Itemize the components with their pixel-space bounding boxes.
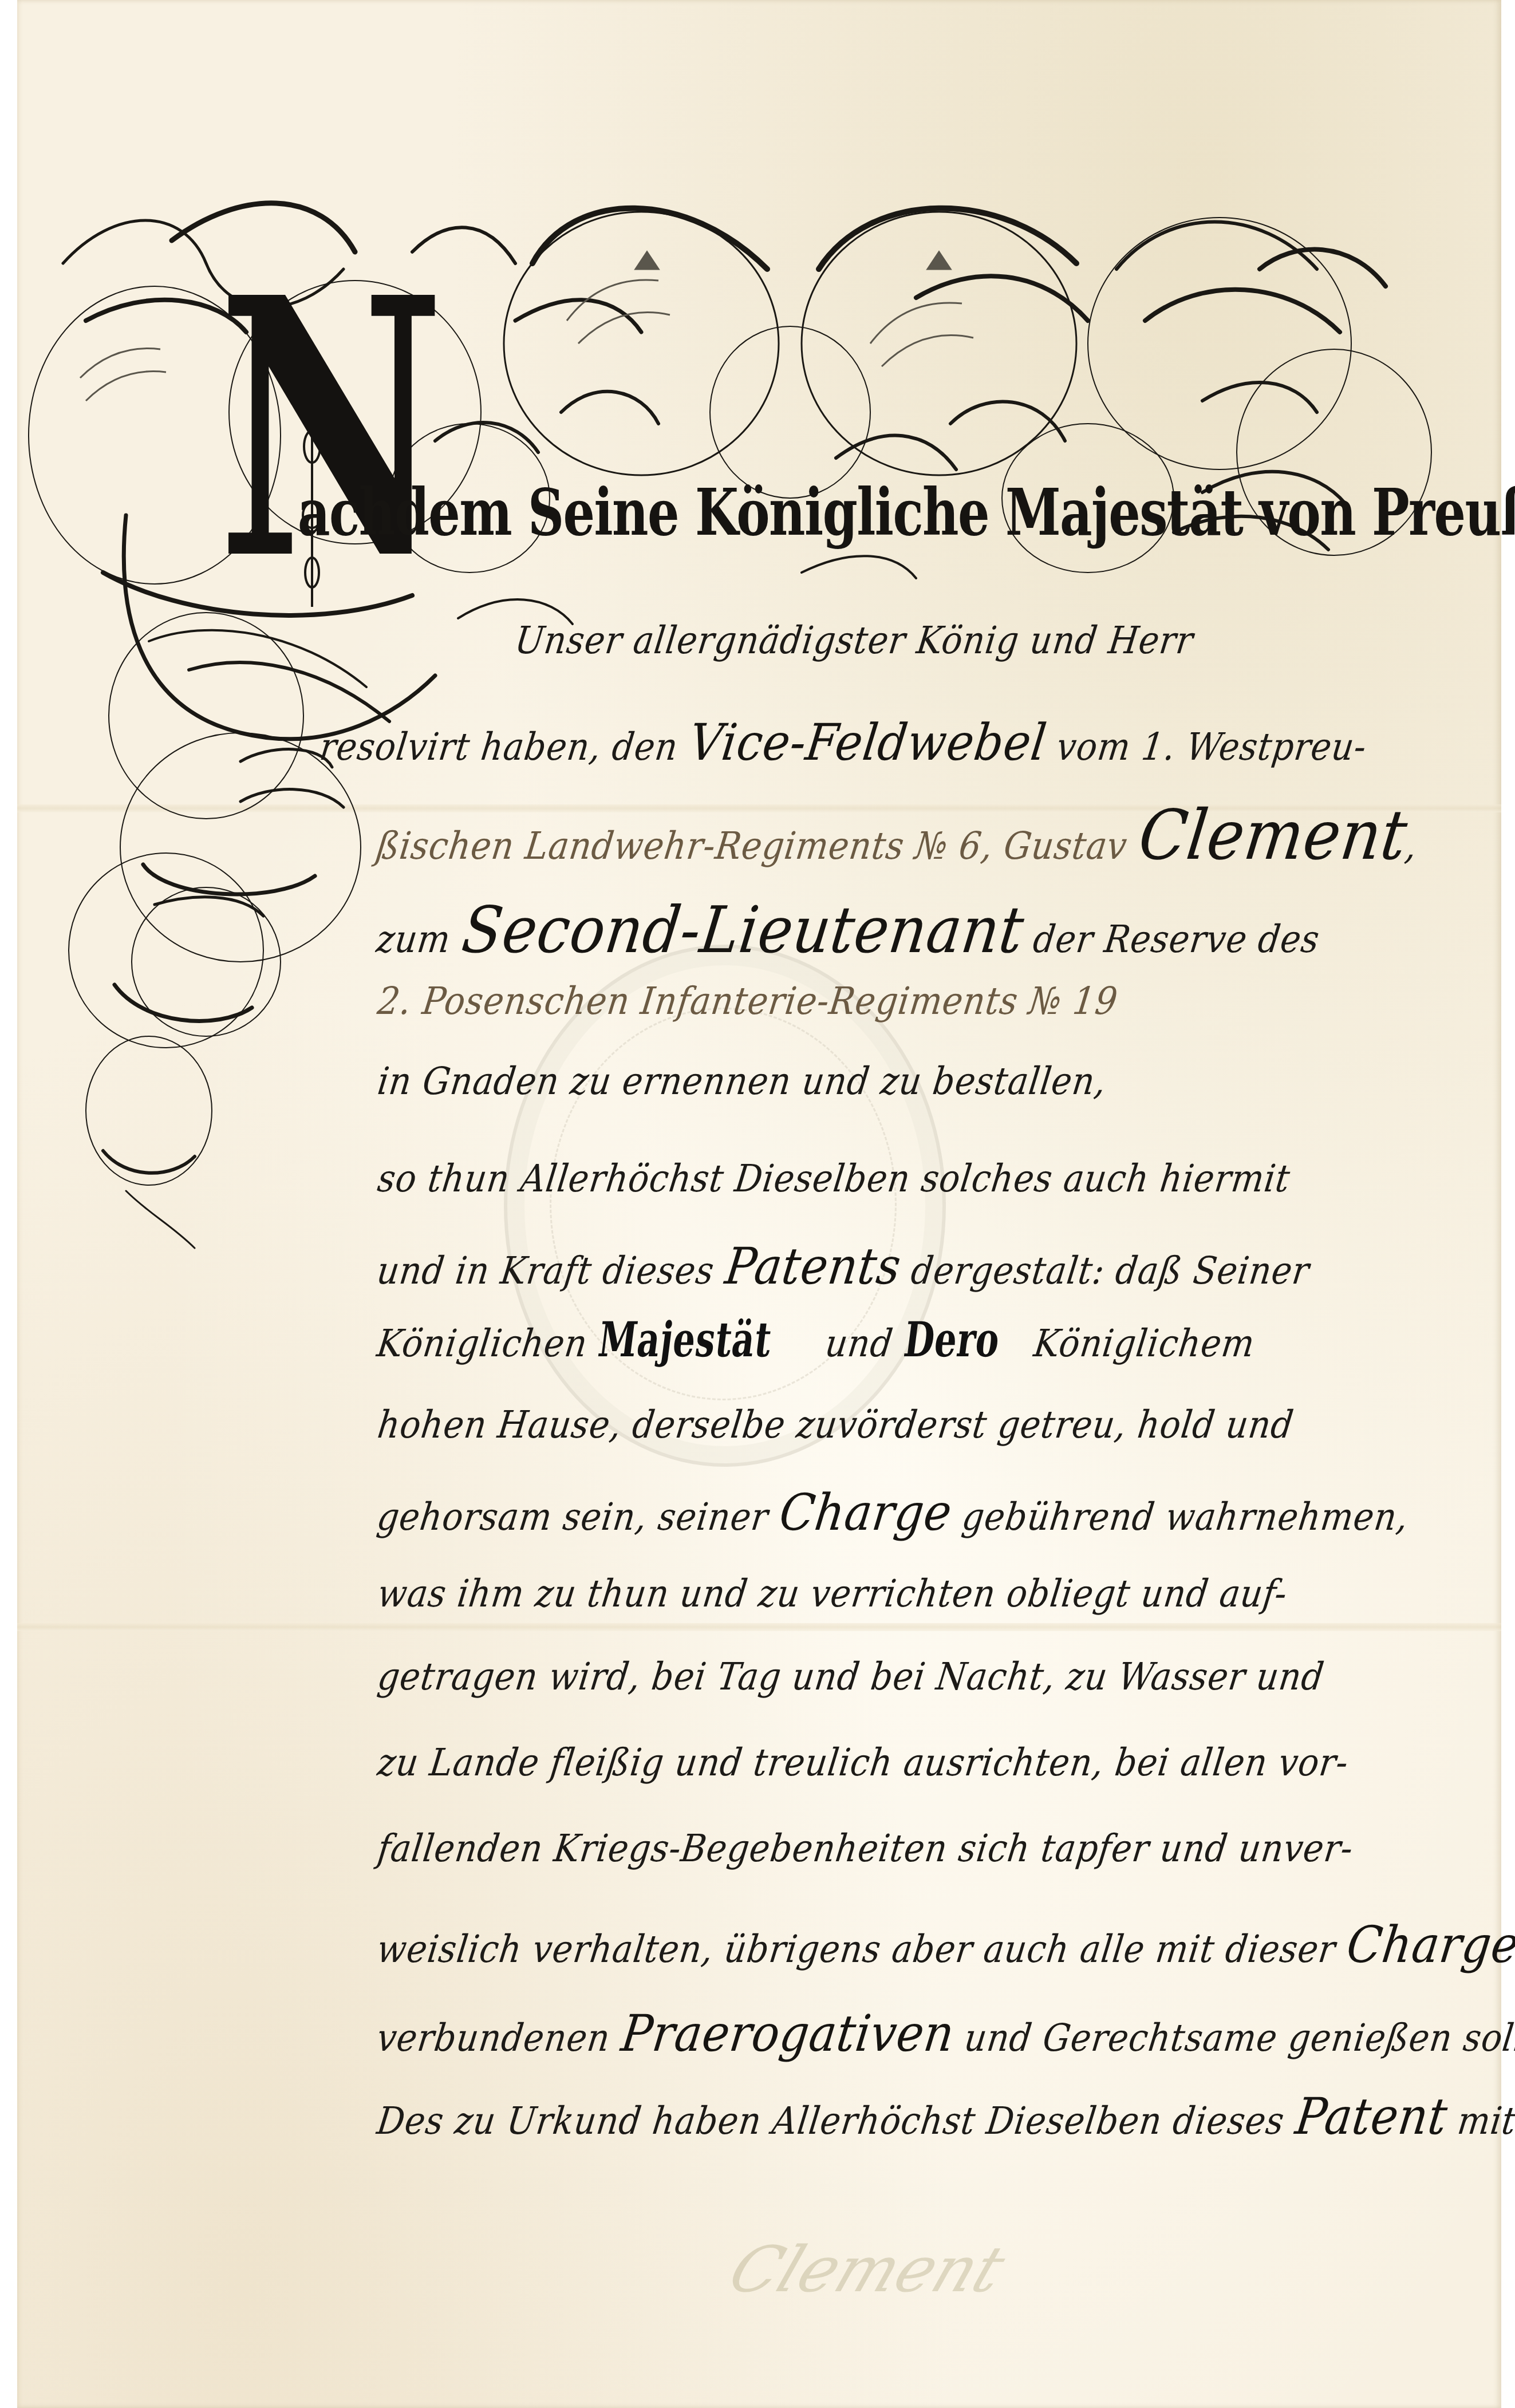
text-line-17: verbundenen Praerogativen und Gerechtsam… [374, 2004, 1515, 2063]
word-dero: Dero [901, 1311, 1004, 1368]
text-line-7: so thun Allerhöchst Dieselben solches au… [375, 1156, 1293, 1201]
name-clement: Clement [1135, 796, 1412, 875]
text-line-18: Des zu Urkund haben Allerhöchst Dieselbe… [374, 2087, 1515, 2146]
rank-vice-feldwebel: Vice-Feldwebel [686, 713, 1050, 772]
illuminated-initial: N [218, 252, 445, 607]
text-line-5: 2. Posenschen Infanterie-Regiments № 19 [375, 979, 1120, 1023]
text-line-1: Unser allergnädigster König und Herr [512, 618, 1196, 662]
word-patent: Patent [1292, 2087, 1451, 2146]
text-line-16: weislich verhalten, übrigens aber auch a… [374, 1915, 1515, 1974]
word-majestat: Majestät [595, 1311, 775, 1368]
text-line-3: ßischen Landwehr-Regiments № 6, Gustav C… [373, 796, 1423, 875]
bleed-through-signature: Clement [720, 2233, 1015, 2306]
word-charge: Charge [776, 1483, 956, 1542]
paper-fold-lower [17, 1623, 1501, 1631]
text-line-4: zum Second-Lieutenant der Reserve des [373, 893, 1325, 968]
text-line-10: hohen Hause, derselbe zuvörderst getreu,… [375, 1403, 1296, 1447]
text-line-15: fallenden Kriegs-Begebenheiten sich tapf… [375, 1826, 1356, 1870]
text-line-6: in Gnaden zu ernennen und zu bestallen, [375, 1059, 1109, 1103]
text-line-13: getragen wird, bei Tag und bei Nacht, zu… [375, 1655, 1327, 1699]
text-line-8: und in Kraft dieses Patents dergestalt: … [374, 1237, 1313, 1296]
text-line-11: gehorsam sein, seiner Charge gebührend w… [374, 1483, 1412, 1542]
text-line-9: Königlichen Majestät und Dero Königliche… [374, 1311, 1259, 1368]
word-praerogativen: Praerogativen [618, 2004, 958, 2063]
word-charge-2: Charge [1344, 1915, 1515, 1974]
rank-second-lieutenant: Second-Lieutenant [458, 893, 1028, 968]
line-text: Unser allergnädigster König und Herr [512, 618, 1196, 662]
text-line-12: was ihm zu thun und zu verrichten oblieg… [375, 1572, 1290, 1616]
heading-text: achdem Seine Königliche Majestät von Pre… [298, 475, 1515, 550]
word-patents: Patents [722, 1237, 904, 1296]
text-line-2: resolvirt haben, den Vice-Feldwebel vom … [317, 713, 1370, 772]
text-line-14: zu Lande fleißig und treulich ausrichten… [375, 1740, 1351, 1785]
